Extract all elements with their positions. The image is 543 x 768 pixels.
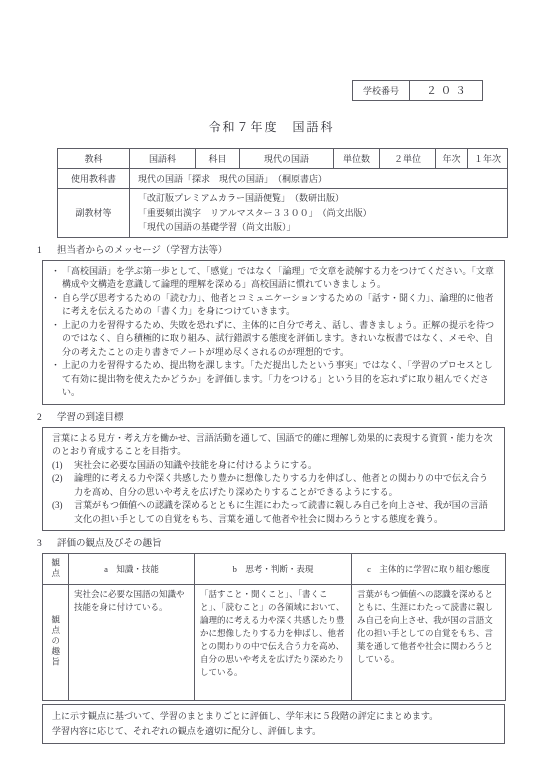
table-row: 副教材等 「改訂版プレミアムカラー国語便覧」 （数研出版） 「重要頻出漢字 リア… [58, 189, 508, 238]
eval-column-b-content: 「話すこと・聞くこと」、「書くこと」、「読むこと」の各領域において、論理的に考え… [195, 585, 352, 701]
goal-item: (2) 論理的に考える力や深く共感したり豊かに想像したりする力を伸ばし、他者との… [52, 472, 495, 499]
course-value: 現代の国語 [240, 149, 334, 169]
goal-number: (1) [52, 459, 74, 473]
year-label: 年次 [436, 149, 468, 169]
message-bullet: 「高校国語」を学ぶ第一歩として、「感覚」ではなく「論理」で文章を読解する力をつけ… [52, 265, 495, 292]
textbook-value: 現代の国語「探求 現代の国語」 （桐原書店） [130, 169, 508, 189]
section-number: 1 [37, 245, 57, 258]
section-title: 学習の到達目標 [57, 412, 124, 425]
goals-box: 言葉による見方・考え方を働かせ、言語活動を通して、国語で的確に理解し効果的に表現… [42, 427, 505, 532]
viewpoint-row-header: 観点の趣旨 [43, 585, 69, 701]
section-title: 担当者からのメッセージ（学習方法等） [57, 245, 227, 258]
material-item: 「重要頻出漢字 リアルマスター３３００」 （尚文出版） [138, 206, 503, 221]
credits-label: 単位数 [334, 149, 380, 169]
course-label: 科目 [196, 149, 240, 169]
evaluation-table: 観点 a 知識・技能 b 思考・判断・表現 c 主体的に学習に取り組む態度 観点… [42, 553, 506, 701]
table-row: 観点 a 知識・技能 b 思考・判断・表現 c 主体的に学習に取り組む態度 [43, 554, 506, 585]
school-number-label: 学校番号 [353, 81, 410, 100]
goal-text: 論理的に考える力や深く共感したり豊かに想像したりする力を伸ばし、他者との関わりの… [74, 472, 495, 499]
table-row: 観点の趣旨 実社会に必要な国語の知識や技能を身に付けている。 「話すこと・聞くこ… [43, 585, 506, 701]
course-info-table: 教科 国語科 科目 現代の国語 単位数 ２単位 年次 １年次 使用教科書 現代の… [57, 148, 508, 238]
viewpoint-corner-header: 観点 [43, 554, 69, 585]
goal-number: (2) [52, 472, 74, 499]
message-bullet: 上記の力を習得するため、提出物を課します。「ただ提出したという事実」ではなく、「… [52, 359, 495, 400]
section-title: 評価の観点及びその趣旨 [57, 538, 162, 551]
school-number-value: ２０３ [410, 81, 482, 100]
eval-column-b-header: b 思考・判断・表現 [195, 554, 352, 585]
goal-number: (3) [52, 499, 74, 526]
eval-column-a-header: a 知識・技能 [69, 554, 195, 585]
syllabus-page: 学校番号 ２０３ 令和７年度 国語科 教科 国語科 科目 現代の国語 単位数 ２… [0, 0, 543, 768]
table-row: 教科 国語科 科目 現代の国語 単位数 ２単位 年次 １年次 [58, 149, 508, 169]
material-item: 「改訂版プレミアムカラー国語便覧」 （数研出版） [138, 191, 503, 206]
goal-text: 実社会に必要な国語の知識や技能を身に付けるようにする。 [74, 459, 495, 473]
school-number-box: 学校番号 ２０３ [352, 80, 483, 101]
message-bullet: 自ら学び思考するための「読む力」、他者とコミュニケーションするための「話す・聞く… [52, 292, 495, 319]
subject-value: 国語科 [130, 149, 196, 169]
message-bullet: 上記の力を習得するため、失敗を恐れずに、主体的に自分で考え、話し、書きましょう。… [52, 319, 495, 360]
goals-intro: 言葉による見方・考え方を働かせ、言語活動を通して、国語で的確に理解し効果的に表現… [52, 432, 495, 459]
credits-value: ２単位 [380, 149, 436, 169]
page-title: 令和７年度 国語科 [0, 0, 543, 135]
materials-value: 「改訂版プレミアムカラー国語便覧」 （数研出版） 「重要頻出漢字 リアルマスター… [130, 189, 508, 238]
section-heading-message: 1 担当者からのメッセージ（学習方法等） [37, 245, 505, 258]
subject-label: 教科 [58, 149, 130, 169]
section-number: 2 [37, 412, 57, 425]
section-heading-evaluation: 3 評価の観点及びその趣旨 [37, 538, 505, 551]
goal-text: 言葉がもつ価値への認識を深めるとともに生涯にわたって読書に親しみ自己を向上させ、… [74, 499, 495, 526]
materials-label: 副教材等 [58, 189, 130, 238]
message-box: 「高校国語」を学ぶ第一歩として、「感覚」ではなく「論理」で文章を読解する力をつけ… [42, 260, 505, 405]
evaluation-note: 上に示す観点に基づいて、学習のまとまりごとに評価し、学年末に５段階の評定にまとめ… [52, 709, 495, 724]
textbook-label: 使用教科書 [58, 169, 130, 189]
eval-column-a-content: 実社会に必要な国語の知識や技能を身に付けている。 [69, 585, 195, 701]
evaluation-notes-box: 上に示す観点に基づいて、学習のまとまりごとに評価し、学年末に５段階の評定にまとめ… [42, 704, 505, 744]
table-row: 使用教科書 現代の国語「探求 現代の国語」 （桐原書店） [58, 169, 508, 189]
goal-item: (1) 実社会に必要な国語の知識や技能を身に付けるようにする。 [52, 459, 495, 473]
section-number: 3 [37, 538, 57, 551]
evaluation-note: 学習内容に応じて、それぞれの観点を適切に配分し、評価します。 [52, 724, 495, 739]
goal-item: (3) 言葉がもつ価値への認識を深めるとともに生涯にわたって読書に親しみ自己を向… [52, 499, 495, 526]
eval-column-c-header: c 主体的に学習に取り組む態度 [352, 554, 506, 585]
eval-column-c-content: 言葉がもつ価値への認識を深めるとともに、生涯にわたって読書に親しみ自己を向上させ… [352, 585, 506, 701]
year-value: １年次 [468, 149, 508, 169]
section-heading-goals: 2 学習の到達目標 [37, 412, 505, 425]
material-item: 「現代の国語の基礎学習（尚文出版）」 [138, 220, 503, 235]
